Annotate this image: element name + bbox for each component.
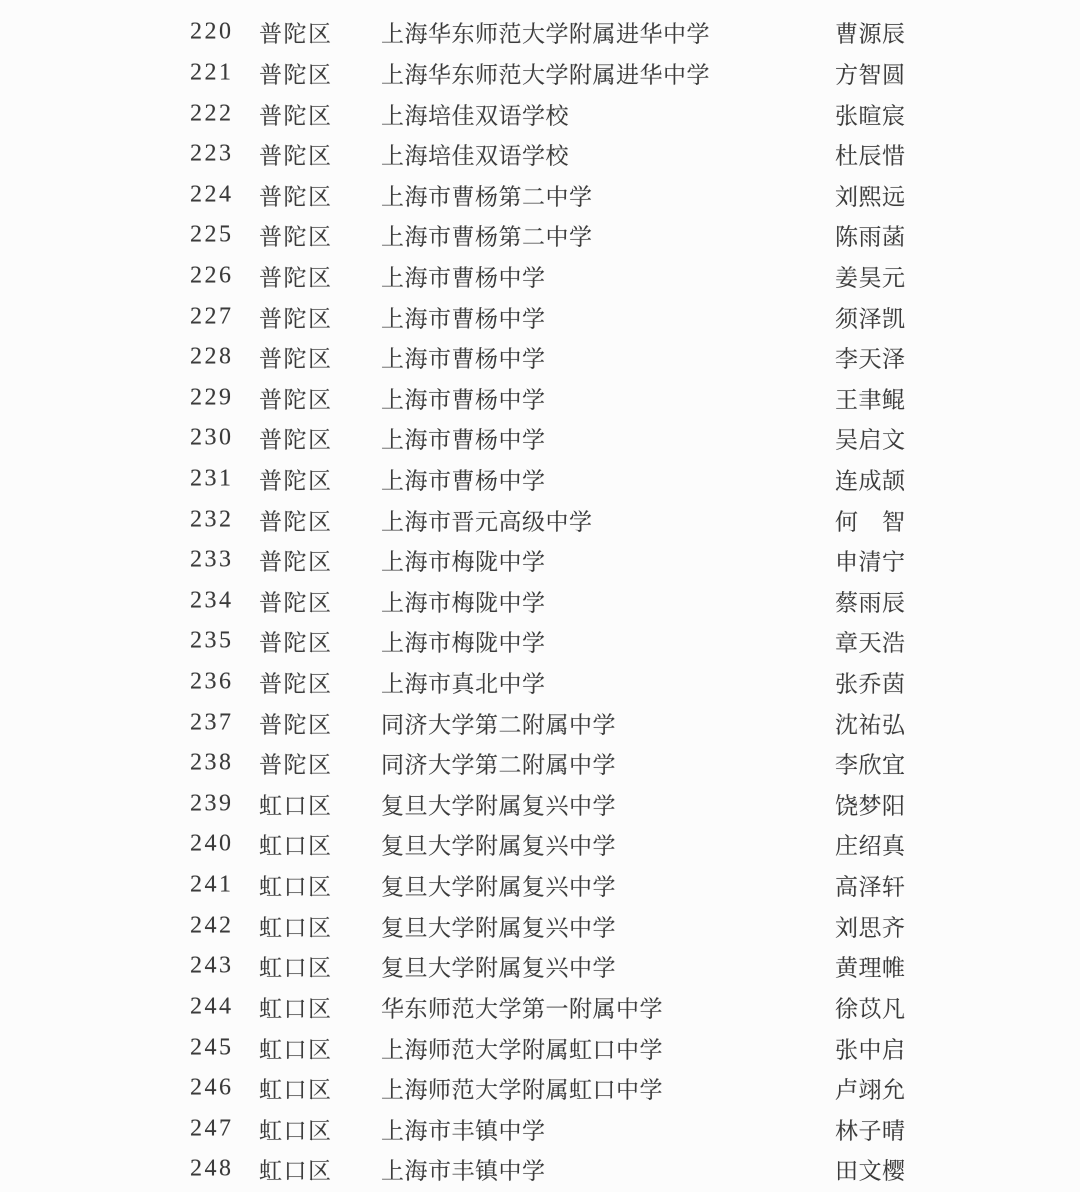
table-row: 243 虹口区 复旦大学附属复兴中学 黄理帷 [0,946,1080,987]
name-cell: 沈祐弘 [835,706,906,739]
district-cell: 普陀区 [259,381,333,414]
name-cell: 刘思齐 [835,909,906,942]
school-cell: 复旦大学附属复兴中学 [381,869,616,902]
name-cell: 林子晴 [835,1112,906,1145]
row-number: 244 [190,993,234,1020]
table-row: 230 普陀区 上海市曹杨中学 吴启文 [0,418,1080,459]
table-row: 235 普陀区 上海市梅陇中学 章天浩 [0,621,1080,662]
district-cell: 普陀区 [259,463,333,496]
school-cell: 上海市曹杨第二中学 [381,178,593,211]
district-cell: 普陀区 [259,544,333,577]
school-cell: 上海市丰镇中学 [381,1112,546,1145]
table-row: 239 虹口区 复旦大学附属复兴中学 饶梦阳 [0,784,1080,825]
table-row: 236 普陀区 上海市真北中学 张乔茵 [0,662,1080,703]
name-cell: 饶梦阳 [835,787,906,820]
name-cell: 张乔茵 [835,666,906,699]
school-cell: 上海市曹杨中学 [381,463,546,496]
school-cell: 复旦大学附属复兴中学 [381,909,616,942]
district-cell: 普陀区 [259,178,333,211]
roster-table: 220 普陀区 上海华东师范大学附属进华中学 曹源辰 221 普陀区 上海华东师… [0,12,1080,1190]
district-cell: 虹口区 [259,1072,333,1105]
name-cell: 蔡雨辰 [835,584,906,617]
name-cell: 杜辰惜 [835,138,906,171]
row-number: 240 [190,831,234,858]
school-cell: 上海市晋元高级中学 [381,503,593,536]
table-row: 224 普陀区 上海市曹杨第二中学 刘熙远 [0,174,1080,215]
table-row: 246 虹口区 上海师范大学附属虹口中学 卢翊允 [0,1068,1080,1109]
district-cell: 虹口区 [259,950,333,983]
table-row: 222 普陀区 上海培佳双语学校 张暄宸 [0,93,1080,134]
name-cell: 何 智 [835,503,906,536]
row-number: 230 [190,425,234,452]
row-number: 245 [190,1034,234,1061]
school-cell: 上海华东师范大学附属进华中学 [381,16,710,49]
table-row: 220 普陀区 上海华东师范大学附属进华中学 曹源辰 [0,12,1080,53]
table-row: 226 普陀区 上海市曹杨中学 姜昊元 [0,256,1080,297]
table-row: 231 普陀区 上海市曹杨中学 连成颉 [0,459,1080,500]
district-cell: 普陀区 [259,219,333,252]
row-number: 238 [190,750,234,777]
table-row: 247 虹口区 上海市丰镇中学 林子晴 [0,1108,1080,1149]
district-cell: 普陀区 [259,259,333,292]
name-cell: 李欣宜 [835,747,906,780]
district-cell: 普陀区 [259,706,333,739]
district-cell: 普陀区 [259,747,333,780]
school-cell: 复旦大学附属复兴中学 [381,950,616,983]
district-cell: 普陀区 [259,56,333,89]
name-cell: 吴启文 [835,422,906,455]
school-cell: 上海培佳双语学校 [381,97,569,130]
school-cell: 上海市真北中学 [381,666,546,699]
name-cell: 陈雨菡 [835,219,906,252]
row-number: 235 [190,628,234,655]
name-cell: 徐苡凡 [835,990,906,1023]
school-cell: 上海师范大学附属虹口中学 [381,1072,663,1105]
row-number: 225 [190,222,234,249]
school-cell: 复旦大学附属复兴中学 [381,828,616,861]
school-cell: 同济大学第二附属中学 [381,747,616,780]
school-cell: 上海市曹杨中学 [381,381,546,414]
school-cell: 华东师范大学第一附属中学 [381,990,663,1023]
row-number: 226 [190,262,234,289]
row-number: 241 [190,872,234,899]
row-number: 223 [190,141,234,168]
table-row: 238 普陀区 同济大学第二附属中学 李欣宜 [0,743,1080,784]
name-cell: 章天浩 [835,625,906,658]
district-cell: 普陀区 [259,422,333,455]
district-cell: 虹口区 [259,1112,333,1145]
district-cell: 虹口区 [259,909,333,942]
table-row: 232 普陀区 上海市晋元高级中学 何 智 [0,499,1080,540]
row-number: 237 [190,709,234,736]
name-cell: 卢翊允 [835,1072,906,1105]
district-cell: 普陀区 [259,97,333,130]
district-cell: 虹口区 [259,1153,333,1186]
table-row: 221 普陀区 上海华东师范大学附属进华中学 方智圆 [0,53,1080,94]
district-cell: 虹口区 [259,1031,333,1064]
table-row: 244 虹口区 华东师范大学第一附属中学 徐苡凡 [0,987,1080,1028]
school-cell: 上海市梅陇中学 [381,544,546,577]
district-cell: 虹口区 [259,990,333,1023]
table-row: 237 普陀区 同济大学第二附属中学 沈祐弘 [0,702,1080,743]
row-number: 221 [190,59,234,86]
table-row: 228 普陀区 上海市曹杨中学 李天泽 [0,337,1080,378]
name-cell: 高泽轩 [835,869,906,902]
row-number: 247 [190,1115,234,1142]
school-cell: 同济大学第二附属中学 [381,706,616,739]
school-cell: 上海市梅陇中学 [381,625,546,658]
row-number: 239 [190,790,234,817]
name-cell: 方智圆 [835,56,906,89]
school-cell: 上海市曹杨中学 [381,259,546,292]
school-cell: 上海市曹杨中学 [381,341,546,374]
school-cell: 上海市曹杨中学 [381,422,546,455]
table-row: 234 普陀区 上海市梅陇中学 蔡雨辰 [0,581,1080,622]
row-number: 248 [190,1156,234,1183]
row-number: 242 [190,912,234,939]
school-cell: 复旦大学附属复兴中学 [381,787,616,820]
table-row: 245 虹口区 上海师范大学附属虹口中学 张中启 [0,1027,1080,1068]
table-row: 227 普陀区 上海市曹杨中学 须泽凯 [0,296,1080,337]
district-cell: 普陀区 [259,503,333,536]
school-cell: 上海市梅陇中学 [381,584,546,617]
table-row: 248 虹口区 上海市丰镇中学 田文樱 [0,1149,1080,1190]
row-number: 228 [190,344,234,371]
row-number: 224 [190,181,234,208]
table-row: 242 虹口区 复旦大学附属复兴中学 刘思齐 [0,905,1080,946]
district-cell: 普陀区 [259,584,333,617]
district-cell: 普陀区 [259,300,333,333]
name-cell: 田文樱 [835,1153,906,1186]
row-number: 229 [190,384,234,411]
district-cell: 普陀区 [259,16,333,49]
school-cell: 上海市曹杨第二中学 [381,219,593,252]
row-number: 222 [190,100,234,127]
row-number: 243 [190,953,234,980]
row-number: 227 [190,303,234,330]
school-cell: 上海师范大学附属虹口中学 [381,1031,663,1064]
name-cell: 曹源辰 [835,16,906,49]
row-number: 231 [190,466,234,493]
name-cell: 李天泽 [835,341,906,374]
district-cell: 虹口区 [259,828,333,861]
district-cell: 虹口区 [259,787,333,820]
school-cell: 上海市曹杨中学 [381,300,546,333]
table-row: 233 普陀区 上海市梅陇中学 申清宁 [0,540,1080,581]
school-cell: 上海华东师范大学附属进华中学 [381,56,710,89]
document-page: 220 普陀区 上海华东师范大学附属进华中学 曹源辰 221 普陀区 上海华东师… [0,0,1080,1192]
district-cell: 普陀区 [259,341,333,374]
name-cell: 张暄宸 [835,97,906,130]
table-row: 241 虹口区 复旦大学附属复兴中学 高泽轩 [0,865,1080,906]
table-row: 223 普陀区 上海培佳双语学校 杜辰惜 [0,134,1080,175]
row-number: 236 [190,669,234,696]
district-cell: 普陀区 [259,138,333,171]
name-cell: 连成颉 [835,463,906,496]
name-cell: 张中启 [835,1031,906,1064]
name-cell: 姜昊元 [835,259,906,292]
school-cell: 上海培佳双语学校 [381,138,569,171]
name-cell: 黄理帷 [835,950,906,983]
school-cell: 上海市丰镇中学 [381,1153,546,1186]
district-cell: 普陀区 [259,625,333,658]
row-number: 232 [190,506,234,533]
name-cell: 王聿鲲 [835,381,906,414]
district-cell: 普陀区 [259,666,333,699]
row-number: 233 [190,547,234,574]
table-row: 240 虹口区 复旦大学附属复兴中学 庄绍真 [0,824,1080,865]
name-cell: 申清宁 [835,544,906,577]
name-cell: 刘熙远 [835,178,906,211]
row-number: 234 [190,587,234,614]
name-cell: 须泽凯 [835,300,906,333]
row-number: 220 [190,19,234,46]
row-number: 246 [190,1075,234,1102]
district-cell: 虹口区 [259,869,333,902]
table-row: 225 普陀区 上海市曹杨第二中学 陈雨菡 [0,215,1080,256]
table-row: 229 普陀区 上海市曹杨中学 王聿鲲 [0,377,1080,418]
name-cell: 庄绍真 [835,828,906,861]
